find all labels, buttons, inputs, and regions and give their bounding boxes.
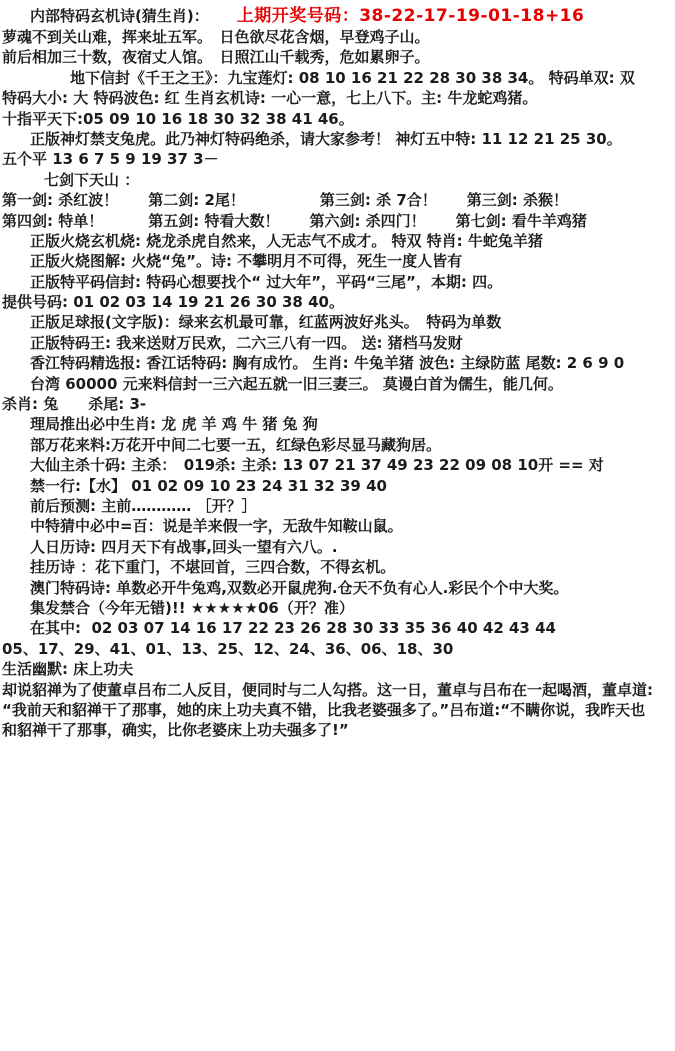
text-line: 禁一行:【水】 01 02 09 10 23 24 31 32 39 40 bbox=[2, 476, 675, 496]
text-line: 正版火烧玄机烧: 烧龙杀虎自然来，人无志气不成才。 特双 特肖: 牛蛇兔羊猪 bbox=[2, 231, 675, 251]
text-line: 在其中: 02 03 07 14 16 17 22 23 26 28 30 33… bbox=[2, 618, 675, 638]
sheet-body: 内部特码玄机诗(猜生肖)： 上期开奖号码：38-22-17-19-01-18+1… bbox=[0, 0, 675, 741]
text-line: 台湾 60000 元来料信封一三六起五就一旧三妻三。 莫谩白首为儒生，能几何。 bbox=[2, 374, 675, 394]
lines: 萝魂不到关山难，挥来址五军。 日色欲尽花含烟，早登鸡子山。前后相加三十数，夜宿丈… bbox=[2, 27, 675, 741]
sheet-title: 内部特码玄机诗(猜生肖)： bbox=[2, 5, 209, 27]
text-line: 前后预测: 主前………… ［开？］ bbox=[2, 496, 675, 516]
text-line: 杀肖: 兔 杀尾: 3- bbox=[2, 394, 675, 414]
text-line: 却说貂禅为了使董卓吕布二人反目，便同时与二人勾搭。这一日，董卓与吕布在一起喝酒，… bbox=[2, 680, 675, 700]
text-line: 正版火烧图解: 火烧“兔”。诗: 不攀明月不可得，死生一度人皆有 bbox=[2, 251, 675, 271]
text-line: 七剑下天山 ： bbox=[2, 170, 675, 190]
text-line: 前后相加三十数，夜宿丈人馆。 日照江山千载秀，危如累卵子。 bbox=[2, 47, 675, 67]
text-line: 和貂禅干了那事，确实，比你老婆床上功夫强多了!” bbox=[2, 720, 675, 740]
header-row: 内部特码玄机诗(猜生肖)： 上期开奖号码：38-22-17-19-01-18+1… bbox=[2, 5, 675, 27]
text-line: 大仙主杀十码: 主杀： 019杀: 主杀: 13 07 21 37 49 23 … bbox=[2, 455, 675, 475]
text-line: 中特猜中必中=百：说是羊来假一字，无敌牛知鞍山鼠。 bbox=[2, 516, 675, 536]
text-line: 生活幽默: 床上功夫 bbox=[2, 659, 675, 679]
text-line: 05、17、29、41、01、13、25、12、24、36、06、18、30 bbox=[2, 639, 675, 659]
text-line: 部万花来料:万花开中间二七要一五，红绿色彩尽显马藏狗居。 bbox=[2, 435, 675, 455]
text-line: 集发禁合（今年无错)!! ★★★★★06（开？准） bbox=[2, 598, 675, 618]
text-line: 香江特码精选报: 香江话特码: 胸有成竹。 生肖: 牛兔羊猪 波色: 主绿防蓝 … bbox=[2, 353, 675, 373]
text-line: 第四剑: 特单！ 第五剑: 特看大数！ 第六剑: 杀四门！ 第七剑: 看牛羊鸡猪 bbox=[2, 211, 675, 231]
text-line: 正版特平码信封: 特码心想要找个“ 过大年”，平码“三尾”，本期: 四。 bbox=[2, 272, 675, 292]
text-line: 澳门特码诗: 单数必开牛兔鸡,双数必开鼠虎狗.仓天不负有心人.彩民个个中大奖。 bbox=[2, 578, 675, 598]
lottery-tip-sheet: 内部特码玄机诗(猜生肖)： 上期开奖号码：38-22-17-19-01-18+1… bbox=[0, 0, 675, 1051]
text-line: 人日历诗: 四月天下有战事,回头一望有六八。. bbox=[2, 537, 675, 557]
text-line: 特码大小: 大 特码波色: 红 生肖玄机诗: 一心一意，七上八下。主: 牛龙蛇鸡… bbox=[2, 88, 675, 108]
text-line: 萝魂不到关山难，挥来址五军。 日色欲尽花含烟，早登鸡子山。 bbox=[2, 27, 675, 47]
text-line: 正版足球报(文字版)：绿来玄机最可靠，红蓝两波好兆头。 特码为单数 bbox=[2, 312, 675, 332]
text-line: 提供号码: 01 02 03 14 19 21 26 30 38 40。 bbox=[2, 292, 675, 312]
text-line: 正版特码王: 我来送财万民欢，二六三八有一四。 送: 猪档马发财 bbox=[2, 333, 675, 353]
text-line: “我前天和貂禅干了那事，她的床上功夫真不错，比我老婆强多了。”吕布道:“不瞒你说… bbox=[2, 700, 675, 720]
text-line: 挂历诗 ：花下重门，不堪回首，三四合数，不得玄机。 bbox=[2, 557, 675, 577]
text-line: 正版神灯禁支兔虎。此乃神灯特码绝杀，请大家参考！ 神灯五中特: 11 12 21… bbox=[2, 129, 675, 149]
text-line: 十指平天下:05 09 10 16 18 30 32 38 41 46。 bbox=[2, 109, 675, 129]
text-line: 地下信封《千王之王》：九宝莲灯: 08 10 16 21 22 28 30 38… bbox=[2, 68, 675, 88]
text-line: 五个平 13 6 7 5 9 19 37 3－ bbox=[2, 149, 675, 169]
text-line: 第一剑: 杀红波！ 第二剑: 2尾！ 第三剑: 杀 7合！ 第三剑: 杀猴！ bbox=[2, 190, 675, 210]
text-line: 理局推出必中生肖: 龙 虎 羊 鸡 牛 猪 兔 狗 bbox=[2, 414, 675, 434]
previous-draw-result: 上期开奖号码：38-22-17-19-01-18+16 bbox=[209, 5, 585, 27]
